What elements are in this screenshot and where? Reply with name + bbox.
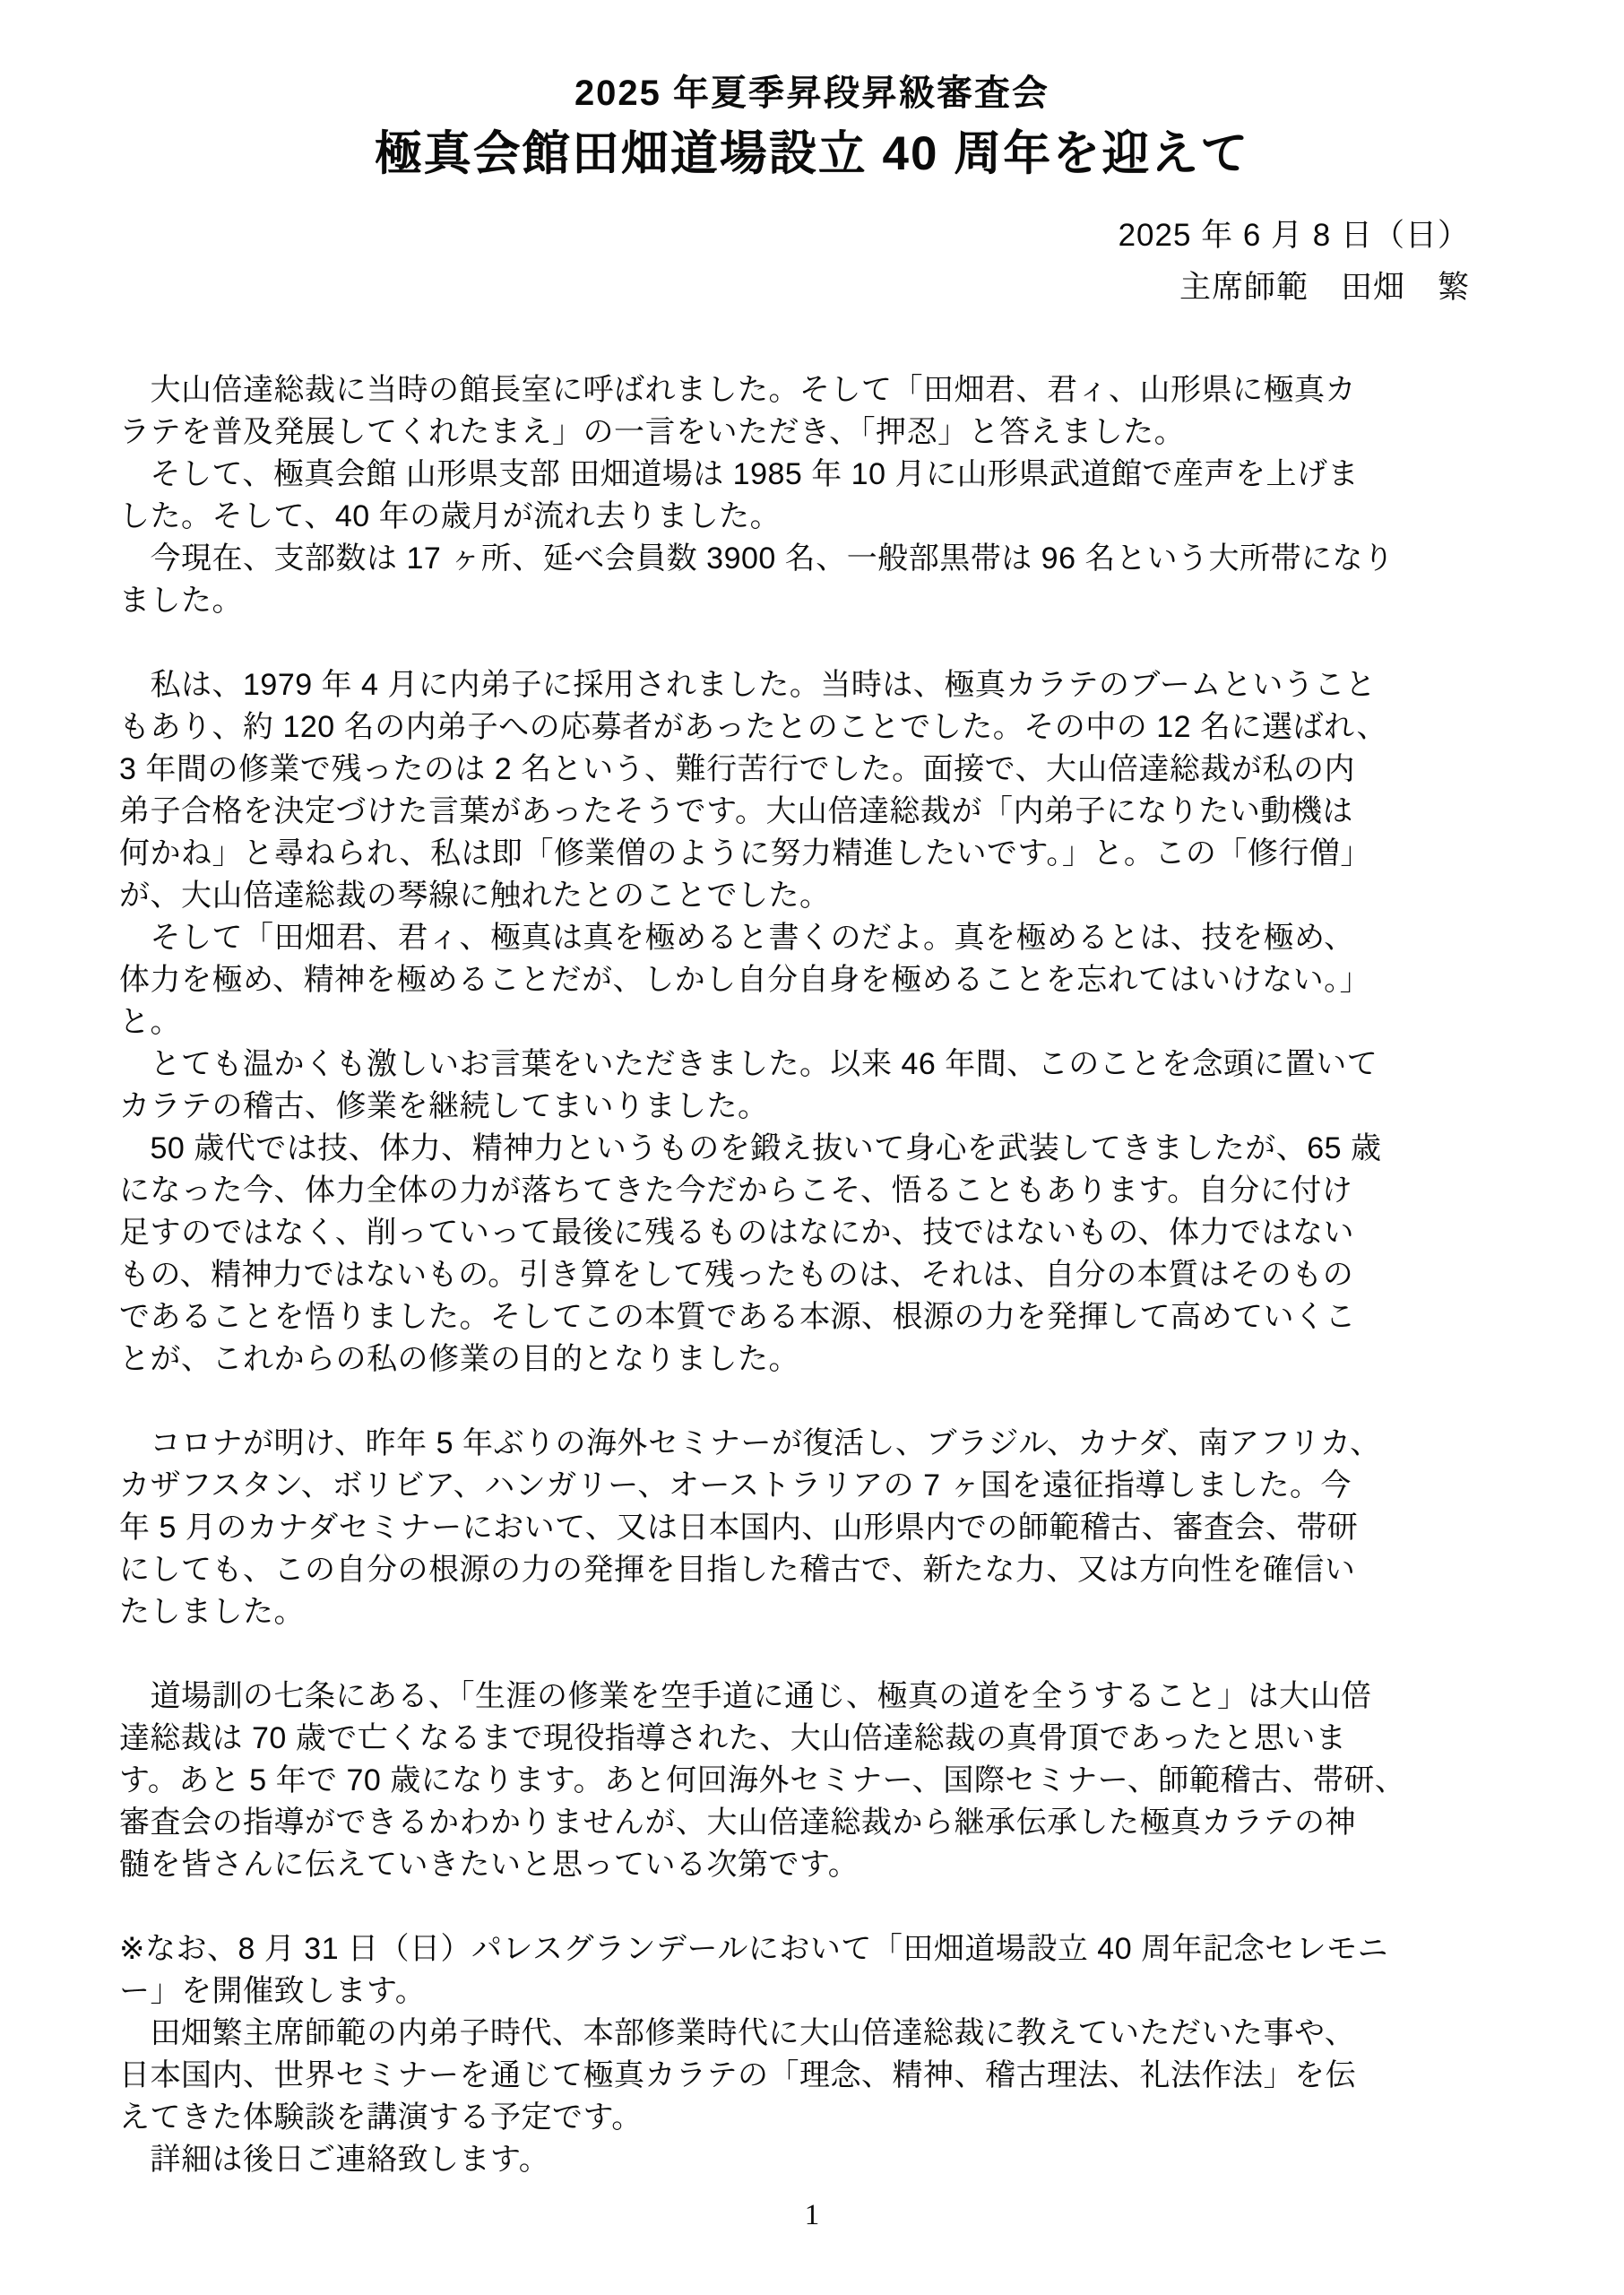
text-line: した。そして、40 年の歳月が流れ去りました。 [119,496,1521,538]
author-line: 主席師範 田畑 繁 [0,262,1470,314]
page-number: 1 [0,2199,1624,2232]
text-line: コロナが明け、昨年 5 年ぶりの海外セミナーが復活し、ブラジル、カナダ、南アフリ… [119,1423,1521,1465]
text-line: ー」を開催致します。 [119,1970,1521,2013]
text-line: であることを悟りました。そしてこの本質である本源、根源の力を発揮して高めていくこ [119,1296,1521,1338]
text-line: にしても、この自分の根源の力の発揮を目指した稽古で、新たな力、又は方向性を確信い [119,1549,1521,1591]
text-line: 弟子合格を決定づけた言葉があったそうです。大山倍達総裁が「内弟子になりたい動機は [119,791,1521,833]
date-signature-block: 2025 年 6 月 8 日（日） 主席師範 田畑 繁 [0,210,1470,314]
paragraph: 私は、1979 年 4 月に内弟子に採用されました。当時は、極真カラテのブームと… [119,664,1521,1381]
text-line: 足すのではなく、削っていって最後に残るものはなにか、技ではないもの、体力ではない [119,1212,1521,1254]
text-line: とても温かくも激しいお言葉をいただきました。以来 46 年間、このことを念頭に置… [119,1044,1521,1086]
text-line: えてきた体験談を講演する予定です。 [119,2097,1521,2139]
paragraph: ※なお、8 月 31 日（日）パレスグランデールにおいて「田畑道場設立 40 周… [119,1928,1521,2181]
paragraph: 大山倍達総裁に当時の館長室に呼ばれました。そして「田畑君、君ィ、山形県に極真カラ… [119,369,1521,622]
text-line: 達総裁は 70 歳で亡くなるまで現役指導された、大山倍達総裁の真骨頂であったと思… [119,1718,1521,1760]
text-line: ラテを普及発展してくれたまえ」の一言をいただき、「押忍」と答えました。 [119,411,1521,454]
text-line: とが、これからの私の修業の目的となりました。 [119,1338,1521,1381]
text-line: す。あと 5 年で 70 歳になります。あと何回海外セミナー、国際セミナー、師範… [119,1760,1521,1802]
text-line: が、大山倍達総裁の琴線に触れたとのことでした。 [119,875,1521,917]
page-title: 極真会館田畑道場設立 40 周年を迎えて [0,126,1624,183]
event-title: 2025 年夏季昇段昇級審査会 [0,0,1624,115]
text-line: 審査会の指導ができるかわかりませんが、大山倍達総裁から継承伝承した極真カラテの神 [119,1802,1521,1844]
text-line: そして「田畑君、君ィ、極真は真を極めると書くのだよ。真を極めるとは、技を極め、 [119,917,1521,959]
text-line: 詳細は後日ご連絡致します。 [119,2139,1521,2181]
text-line: もの、精神力ではないもの。引き算をして残ったものは、それは、自分の本質はそのもの [119,1254,1521,1296]
text-line: 今現在、支部数は 17 ヶ所、延べ会員数 3900 名、一般部黒帯は 96 名と… [119,538,1521,580]
text-line: 髄を皆さんに伝えていきたいと思っている次第です。 [119,1844,1521,1886]
text-line: ました。 [119,580,1521,622]
text-line: 何かね」と尋ねられ、私は即「修業僧のように努力精進したいです。」と。この「修行僧… [119,833,1521,875]
text-line: たしました。 [119,1591,1521,1633]
document-page: 2025 年夏季昇段昇級審査会 極真会館田畑道場設立 40 周年を迎えて 202… [0,0,1624,2295]
text-line: そして、極真会館 山形県支部 田畑道場は 1985 年 10 月に山形県武道館で… [119,454,1521,496]
text-line: 年 5 月のカナダセミナーにおいて、又は日本国内、山形県内での師範稽古、審査会、… [119,1507,1521,1549]
text-line: と。 [119,1001,1521,1044]
text-line: 体力を極め、精神を極めることだが、しかし自分自身を極めることを忘れてはいけない。… [119,959,1521,1001]
text-line: カザフスタン、ボリビア、ハンガリー、オーストラリアの 7 ヶ国を遠征指導しました… [119,1465,1521,1507]
text-line: ※なお、8 月 31 日（日）パレスグランデールにおいて「田畑道場設立 40 周… [119,1928,1521,1970]
text-line: 3 年間の修業で残ったのは 2 名という、難行苦行でした。面接で、大山倍達総裁が… [119,749,1521,791]
text-line: になった今、体力全体の力が落ちてきた今だからこそ、悟ることもあります。自分に付け [119,1170,1521,1212]
paragraph: コロナが明け、昨年 5 年ぶりの海外セミナーが復活し、ブラジル、カナダ、南アフリ… [119,1423,1521,1633]
date-line: 2025 年 6 月 8 日（日） [0,210,1470,262]
text-line: カラテの稽古、修業を継続してまいりました。 [119,1086,1521,1128]
text-line: 道場訓の七条にある、「生涯の修業を空手道に通じ、極真の道を全うすること」は大山倍 [119,1676,1521,1718]
paragraph: 道場訓の七条にある、「生涯の修業を空手道に通じ、極真の道を全うすること」は大山倍… [119,1676,1521,1886]
text-line: もあり、約 120 名の内弟子への応募者があったとのことでした。その中の 12 … [119,706,1521,749]
text-line: 私は、1979 年 4 月に内弟子に採用されました。当時は、極真カラテのブームと… [119,664,1521,706]
text-line: 田畑繁主席師範の内弟子時代、本部修業時代に大山倍達総裁に教えていただいた事や、 [119,2013,1521,2055]
document-body: 大山倍達総裁に当時の館長室に呼ばれました。そして「田畑君、君ィ、山形県に極真カラ… [119,369,1521,2181]
text-line: 大山倍達総裁に当時の館長室に呼ばれました。そして「田畑君、君ィ、山形県に極真カ [119,369,1521,411]
text-line: 50 歳代では技、体力、精神力というものを鍛え抜いて身心を武装してきましたが、6… [119,1128,1521,1170]
text-line: 日本国内、世界セミナーを通じて極真カラテの「理念、精神、稽古理法、礼法作法」を伝 [119,2055,1521,2097]
